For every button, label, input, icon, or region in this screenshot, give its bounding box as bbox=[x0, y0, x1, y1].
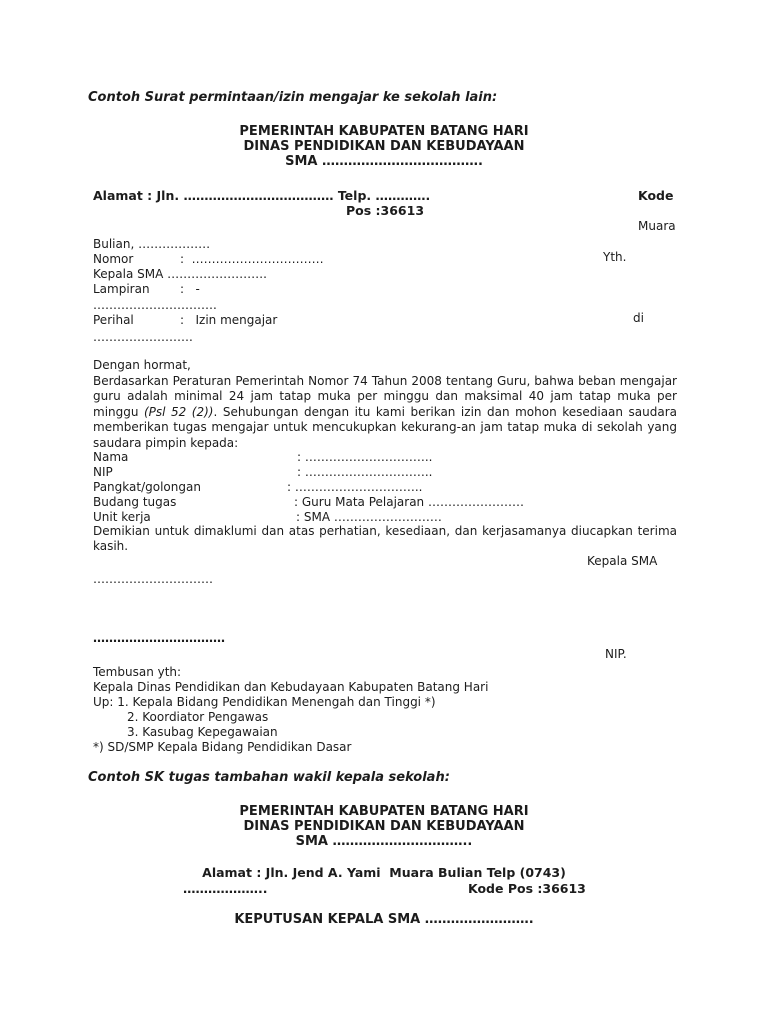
tembusan-line-1: Kepala Dinas Pendidikan dan Kebudayaan K… bbox=[93, 680, 488, 695]
detail-label-pangkat: Pangkat/golongan bbox=[93, 480, 201, 495]
detail-value-nip: : ………………………….. bbox=[297, 465, 433, 480]
tembusan-line-3: 2. Koordiator Pengawas bbox=[127, 710, 268, 725]
body-paragraph: Berdasarkan Peraturan Pemerintah Nomor 7… bbox=[93, 374, 677, 451]
tembusan-line-4: 3. Kasubag Kepegawaian bbox=[127, 725, 278, 740]
signature-title: Kepala SMA bbox=[587, 554, 657, 569]
meta-perihal-value: : Izin mengajar bbox=[180, 313, 277, 328]
detail-label-nip: NIP bbox=[93, 465, 113, 480]
letterhead2-government: PEMERINTAH KABUPATEN BATANG HARI bbox=[0, 804, 768, 819]
intro-heading: Contoh Surat permintaan/izin mengajar ke… bbox=[88, 90, 497, 105]
letterhead2-school: SMA ………………………….. bbox=[0, 834, 768, 849]
meta-yth: Yth. bbox=[603, 250, 626, 265]
letterhead1-school: SMA ………………………………. bbox=[0, 154, 768, 169]
detail-label-unit-kerja: Unit kerja bbox=[93, 510, 151, 525]
salutation: Dengan hormat, bbox=[93, 358, 191, 373]
detail-value-pangkat: : ………………………….. bbox=[287, 480, 423, 495]
meta-dots-2: ……………………. bbox=[93, 330, 193, 345]
detail-value-budang-tugas: : Guru Mata Pelajaran …………………… bbox=[294, 495, 524, 510]
letterhead1-address: Alamat : Jln. ……………………………… Telp. …………. bbox=[93, 188, 430, 203]
detail-label-nama: Nama bbox=[93, 450, 128, 465]
meta-nomor-value: : …………………………… bbox=[180, 252, 324, 267]
meta-kepala-sma-line: Kepala SMA ……………………. bbox=[93, 267, 267, 282]
tembusan-title: Tembusan yth: bbox=[93, 665, 181, 680]
tembusan-line-2: Up: 1. Kepala Bidang Pendidikan Menengah… bbox=[93, 695, 436, 710]
document-page: Contoh Surat permintaan/izin mengajar ke… bbox=[0, 0, 768, 1024]
keputusan-title: KEPUTUSAN KEPALA SMA ……………………. bbox=[0, 912, 768, 927]
detail-value-nama: : ………………………….. bbox=[297, 450, 433, 465]
body-paragraph-citation: (Psl 52 (2)) bbox=[144, 405, 214, 419]
meta-date-line: Bulian, ……………… bbox=[93, 237, 210, 252]
signature-nip: NIP. bbox=[605, 647, 627, 662]
sk-heading: Contoh SK tugas tambahan wakil kepala se… bbox=[88, 770, 450, 785]
signature-name-dots: …………………………… bbox=[93, 631, 225, 646]
letterhead2-postal-code: Kode Pos :36613 bbox=[468, 881, 586, 896]
letterhead2-dots: ……………….. bbox=[183, 881, 268, 896]
closing-paragraph: Demikian untuk dimaklumi dan atas perhat… bbox=[93, 524, 677, 555]
meta-nomor-label: Nomor bbox=[93, 252, 133, 267]
letterhead1-department: DINAS PENDIDIKAN DAN KEBUDAYAAN bbox=[0, 139, 768, 154]
letterhead1-muara: Muara bbox=[638, 219, 676, 234]
meta-dots-1: …………………………. bbox=[93, 298, 217, 313]
letterhead1-kode: Kode bbox=[638, 188, 673, 203]
letterhead2-department: DINAS PENDIDIKAN DAN KEBUDAYAAN bbox=[0, 819, 768, 834]
meta-perihal-label: Perihal bbox=[93, 313, 134, 328]
letterhead1-postal-code: Pos :36613 bbox=[346, 203, 424, 218]
letterhead2-address: Alamat : Jln. Jend A. Yami Muara Bulian … bbox=[0, 865, 768, 880]
tembusan-line-5: *) SD/SMP Kepala Bidang Pendidikan Dasar bbox=[93, 740, 351, 755]
meta-lampiran-label: Lampiran bbox=[93, 282, 150, 297]
detail-value-unit-kerja: : SMA ……………………… bbox=[296, 510, 442, 525]
letterhead1-government: PEMERINTAH KABUPATEN BATANG HARI bbox=[0, 124, 768, 139]
meta-lampiran-value: : - bbox=[180, 282, 200, 297]
detail-label-budang-tugas: Budang tugas bbox=[93, 495, 176, 510]
closing-dots-left: ………………………… bbox=[93, 572, 213, 587]
meta-di: di bbox=[633, 311, 644, 326]
